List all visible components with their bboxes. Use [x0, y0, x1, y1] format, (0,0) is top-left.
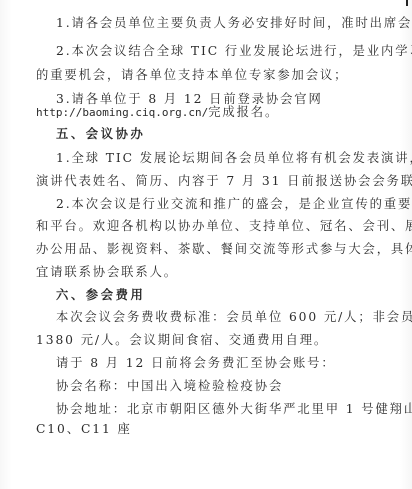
section-5-item-2-line-4: 宜请联系协会联系人。: [36, 265, 178, 279]
remit-instruction: 请于 8 月 12 日前将会务费汇至协会账号：: [56, 356, 336, 370]
association-address-line-2: C10、C11 座: [36, 422, 132, 436]
registration-url-tail: 完成报名。: [208, 105, 279, 119]
registration-item-2-line-2: 的重要机会，请各单位支持本单位专家参加会议；: [36, 68, 348, 82]
section-5-item-2-line-1: 2.本次会议是行业交流和推广的盛会，是企业宣传的重要机会: [56, 197, 412, 211]
document-page: 1.请各会员单位主要负责人务必安排好时间，准时出席会议； 2.本次会议结合全球 …: [0, 0, 412, 489]
section-5-item-2-line-3: 办公用品、影视资料、茶歇、餐间交流等形式参与大会，具体事: [36, 242, 412, 256]
association-name: 协会名称：中国出入境检验检疫协会: [56, 379, 283, 393]
registration-url-link[interactable]: http://baoming.ciq.org.cn/: [36, 106, 208, 119]
fee-standard-line-1: 本次会议会务费收费标准：会员单位 600 元/人；非会员单位: [56, 310, 412, 324]
section-5-item-2-line-2: 和平台。欢迎各机构以协办单位、支持单位、冠名、会刊、展示、: [36, 219, 412, 233]
section-5-heading: 五、会议协办: [56, 127, 145, 141]
corner-mark: [406, 0, 408, 6]
registration-item-3-line-1: 3.请各单位于 8 月 12 日前登录协会官网: [56, 92, 323, 106]
section-5-item-1-line-2: 演讲代表姓名、简历、内容于 7 月 31 日前报送协会会务联系人。: [36, 174, 412, 188]
association-address-line-1: 协会地址：北京市朝阳区德外大街华严北里甲 1 号健翔山庄: [56, 402, 412, 416]
section-5-item-1-line-1: 1.全球 TIC 发展论坛期间各会员单位将有机会发表演讲，请将: [56, 151, 412, 165]
registration-item-1: 1.请各会员单位主要负责人务必安排好时间，准时出席会议；: [56, 16, 412, 30]
fee-standard-line-2: 1380 元/人。会议期间食宿、交通费用自理。: [36, 333, 328, 347]
registration-item-3-line-2: http://baoming.ciq.org.cn/完成报名。: [36, 105, 279, 120]
section-6-heading: 六、参会费用: [56, 288, 145, 302]
registration-item-2-line-1: 2.本次会议结合全球 TIC 行业发展论坛进行，是业内学习提高: [56, 44, 412, 58]
